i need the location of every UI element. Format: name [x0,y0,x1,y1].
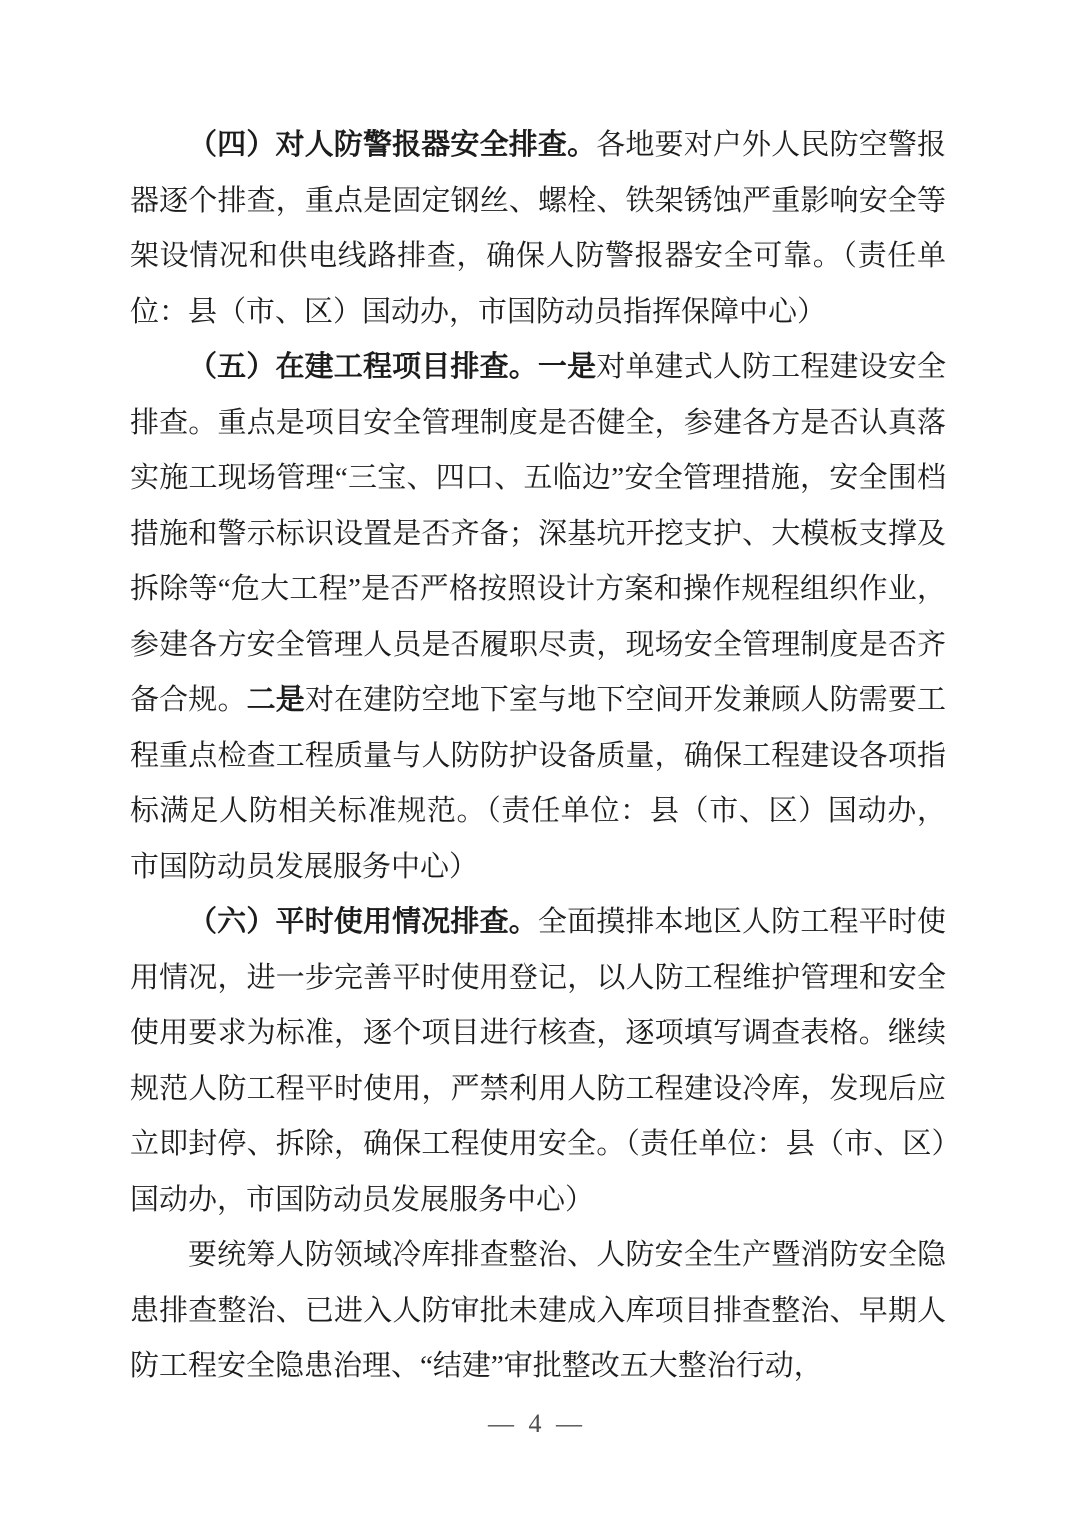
paragraph-item-5-construction-project-inspection: （五）在建工程项目排查。一是对单建式人防工程建设安全排查。重点是项目安全管理制度… [130,340,946,895]
paragraph-closing-coordination: 要统筹人防领域冷库排查整治、人防安全生产暨消防安全隐患排查整治、已进入人防审批未… [130,1228,946,1395]
page-number: — 4 — [488,1409,586,1438]
bold-run: （四）对人防警报器安全排查。 [188,129,596,161]
text-run: 对单建式人防工程建设安全排查。重点是项目安全管理制度是否健全，参建各方是否认真落… [130,351,946,716]
paragraph-item-6-peacetime-use-inspection: （六）平时使用情况排查。全面摸排本地区人防工程平时使用情况，进一步完善平时使用登… [130,895,946,1228]
page-footer: — 4 — [0,1404,1074,1444]
bold-run: 一是 [538,351,596,383]
document-body: （四）对人防警报器安全排查。各地要对户外人民防空警报器逐个排查，重点是固定钢丝、… [130,118,946,1395]
bold-run: （五）在建工程项目排查。 [188,351,538,383]
document-page: （四）对人防警报器安全排查。各地要对户外人民防空警报器逐个排查，重点是固定钢丝、… [0,0,1074,1520]
paragraph-item-4-alarm-inspection: （四）对人防警报器安全排查。各地要对户外人民防空警报器逐个排查，重点是固定钢丝、… [130,118,946,340]
bold-run: 二是 [247,684,305,716]
text-run: 全面摸排本地区人防工程平时使用情况，进一步完善平时使用登记，以人防工程维护管理和… [130,906,946,1216]
text-run: 要统筹人防领域冷库排查整治、人防安全生产暨消防安全隐患排查整治、已进入人防审批未… [130,1239,946,1382]
bold-run: （六）平时使用情况排查。 [188,906,538,938]
